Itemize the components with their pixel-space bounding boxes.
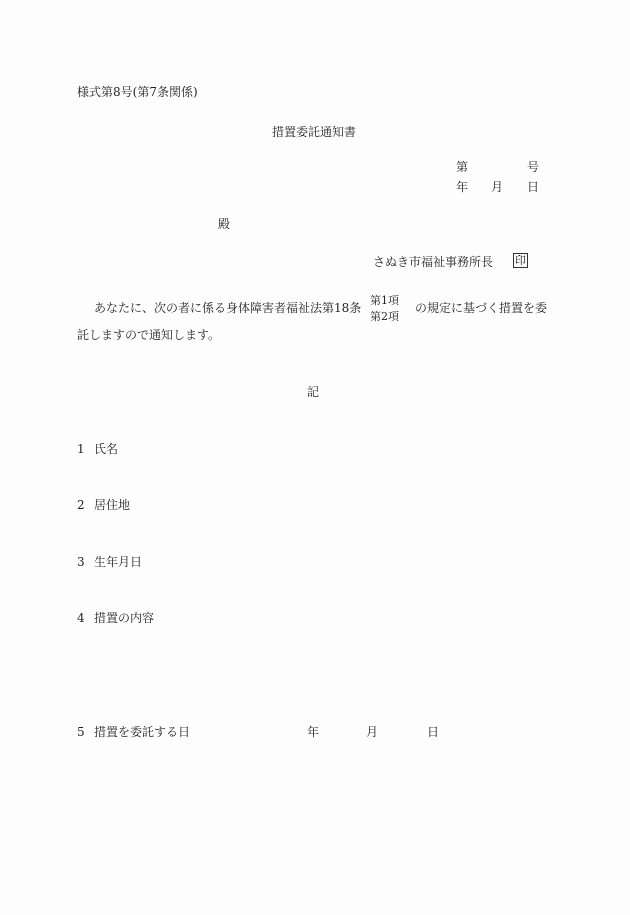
item-label: 居住地 [94,498,130,512]
reference-number-prefix: 第 [456,161,468,173]
issuer-name: さぬき市福祉事務所長 [373,256,493,268]
item-number: 2 [77,499,94,511]
entrust-date-year: 年 [307,726,319,738]
entrust-date-month: 月 [366,726,378,738]
item-label: 措置を委託する日 [94,725,190,739]
body-text-line1-continued: の規定に基づく措置を委 [415,302,547,314]
addressee-honorific: 殿 [218,218,230,230]
item-number: 1 [77,443,94,455]
seal-mark: 印 [513,253,528,268]
item-residence: 2居住地 [77,499,130,511]
body-text-line1: あなたに、次の者に係る身体障害者福祉法第18条 [94,302,361,314]
entrust-date-day: 日 [427,726,439,738]
item-birthdate: 3生年月日 [77,556,142,568]
reference-number-suffix: 号 [527,161,539,173]
clause-option-2: 第2項 [370,309,399,325]
item-label: 措置の内容 [94,611,154,625]
clause-options: 第1項 第2項 [370,293,399,325]
document-title: 措置委託通知書 [272,126,356,138]
issue-date-day: 日 [527,181,539,193]
form-number: 様式第8号(第7条関係) [77,86,198,98]
item-number: 5 [77,726,94,738]
item-label: 氏名 [94,442,118,456]
issue-date-month: 月 [491,181,503,193]
ki-heading: 記 [307,386,319,398]
item-number: 4 [77,612,94,624]
clause-option-1: 第1項 [370,293,399,309]
item-entrust-date: 5措置を委託する日 [77,726,190,738]
item-measure-content: 4措置の内容 [77,612,154,624]
issue-date-year: 年 [456,181,468,193]
item-label: 生年月日 [94,555,142,569]
item-number: 3 [77,556,94,568]
body-text-line2: 託しますので通知します。 [77,329,220,341]
item-name: 1氏名 [77,443,118,455]
